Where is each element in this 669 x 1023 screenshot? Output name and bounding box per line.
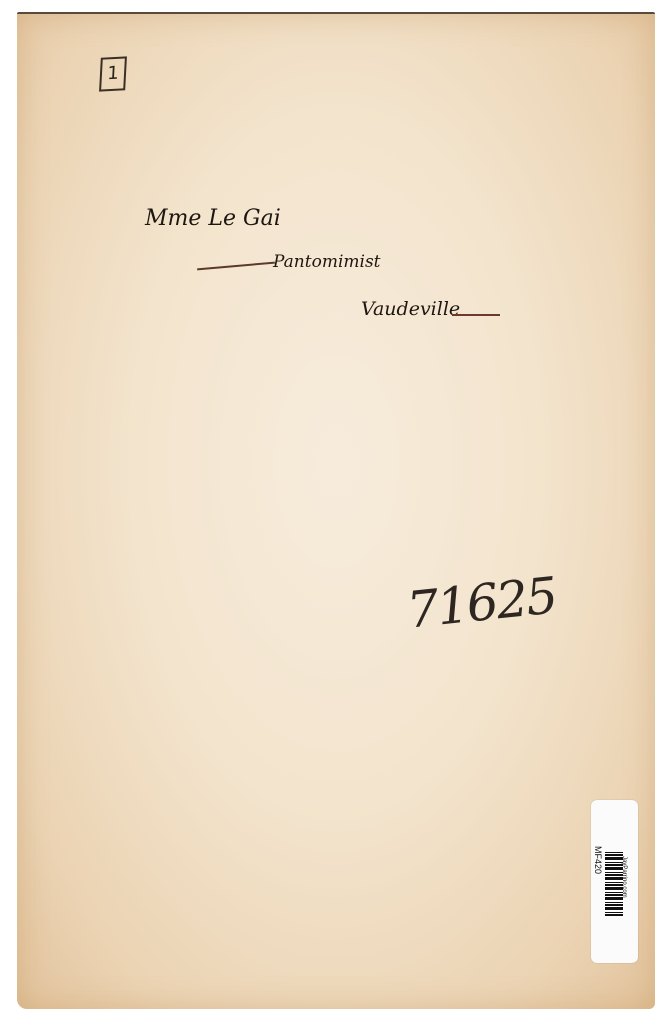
- handwritten-venue: Vaudeville: [361, 298, 460, 320]
- catalog-number: 71625: [404, 566, 558, 639]
- handwritten-occupation: Pantomimist: [197, 252, 381, 272]
- barcode-label: JayParrino.com MF420: [591, 800, 638, 963]
- label-code-text: MF420: [593, 846, 603, 874]
- handwritten-occupation-text: Pantomimist: [273, 252, 381, 272]
- document-page: 1 Mme Le Gai Pantomimist Vaudeville 7162…: [17, 12, 655, 1009]
- label-site-text: JayParrino.com: [621, 856, 627, 898]
- handwritten-name: Mme Le Gai: [145, 206, 281, 231]
- boxed-page-number: 1: [99, 56, 127, 91]
